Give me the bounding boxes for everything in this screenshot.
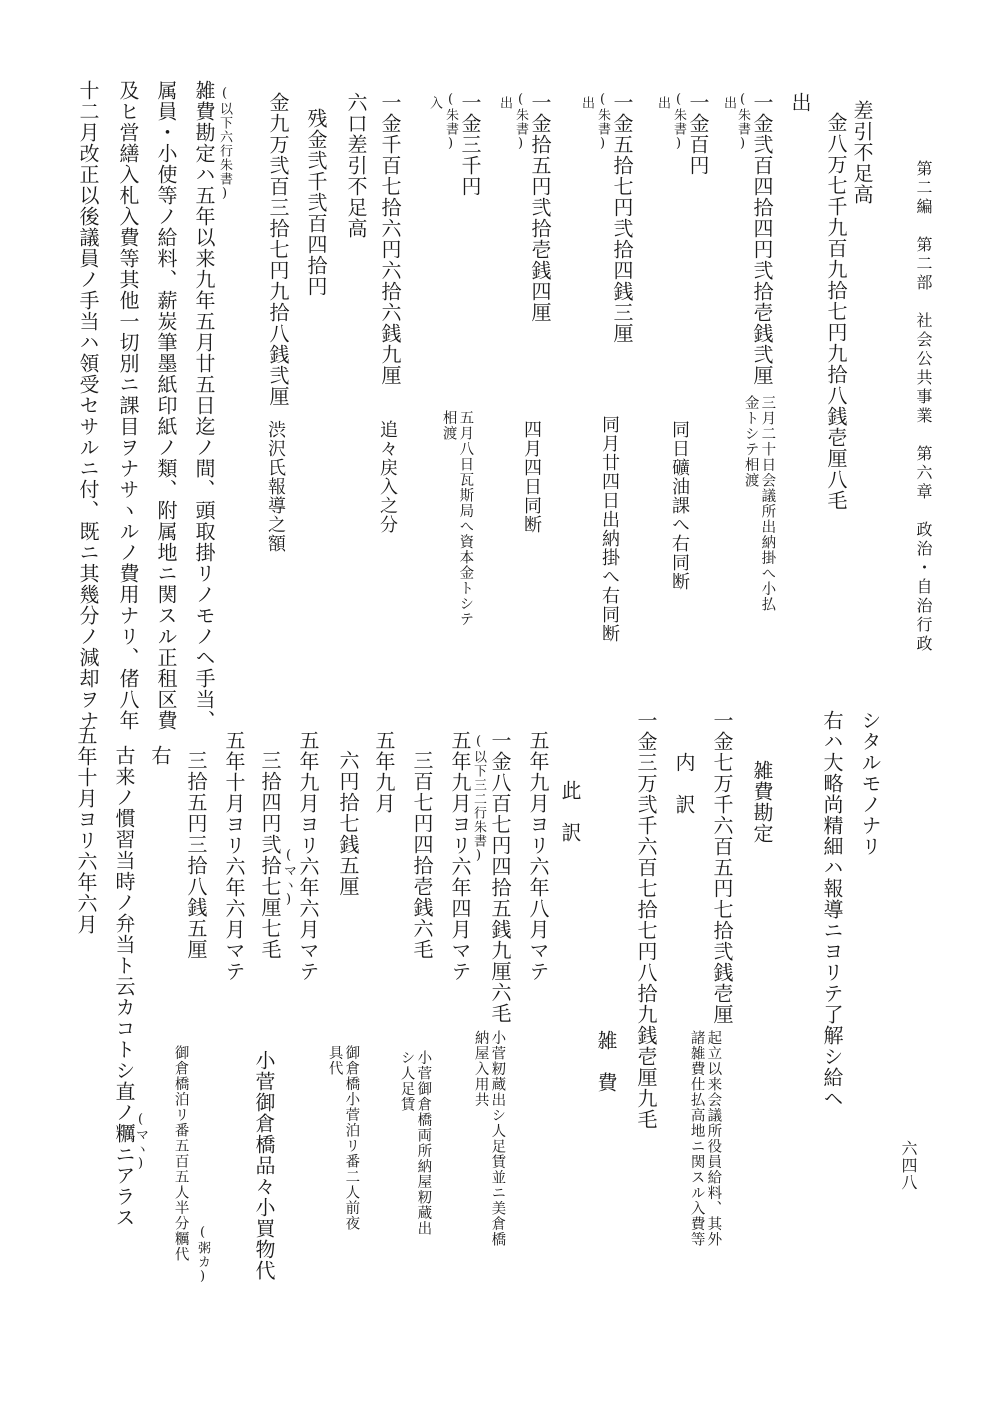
period-1: 五年九月ヨリ六年八月マテ: [528, 730, 548, 982]
item-5-amount: 三拾五円三拾八銭五厘: [186, 750, 206, 960]
red-ink-mark-6-lines: (以下六行朱書): [218, 86, 231, 202]
period-3: 五年九月: [374, 730, 394, 814]
misc-expense-para-line-1: 雑費勘定ハ五年以来九年五月廿五日迄ノ間、頭取掛リノモノヘ手当、: [194, 80, 214, 731]
item-4-sic-mark: (マヽ): [282, 848, 295, 908]
entry-5-red-mark: (朱書): [444, 92, 457, 152]
item-2-note: 小菅御倉橋両所納屋籾蔵出シ人足賃: [398, 1050, 431, 1250]
shibusawa-amount: 金九万弐百三拾七円九拾八銭弐厘: [268, 92, 288, 407]
summary-line: 右ハ大略尚精細ハ報導ニヨリテ了解シ給ヘ: [822, 710, 842, 1109]
custom-note: 古来ノ慣習当時ノ弁当ト云カコトシ直ノ糲ニアラス: [114, 745, 134, 1228]
entry-2-note: 同日礦油課へ右同断: [670, 420, 688, 591]
remaining-balance: 残金弐千弐百四拾円: [306, 108, 326, 297]
six-items-shortfall: 六口差引不足高: [346, 92, 366, 239]
entry-5-note: 五月八日瓦斯局へ資本金トシテ相渡: [440, 410, 473, 640]
shortfall-amount: 金八万七千九百九拾七円九拾八銭壱厘八毛: [826, 112, 846, 511]
period-4: 五年九月ヨリ六年六月マテ: [298, 730, 318, 982]
right-marker: 右: [150, 745, 170, 766]
entry-4-red-mark: (朱書): [514, 92, 527, 152]
outflow-heading: 出: [790, 92, 810, 113]
item-1-note: 小菅籾蔵出シ人足賃並ニ美倉橋納屋入用共: [472, 1030, 505, 1260]
period-5: 五年十月ヨリ六年六月マテ: [224, 730, 244, 982]
item-2-amount: 三百七円四拾壱銭六毛: [412, 750, 432, 960]
entry-6-amount: 一金千百七拾六円六拾六銭九厘: [380, 92, 400, 386]
entry-1-amount: 一金弐百四拾四円弐拾壱銭弐厘: [752, 92, 772, 386]
page-number: 六四八: [900, 1140, 916, 1191]
misc-expense-label: 雑 費: [596, 1030, 616, 1093]
misc-account-heading: 雑費勘定: [752, 760, 772, 844]
entry-6-note: 追々戻入之分: [378, 420, 396, 534]
detail-heading: 此 訳: [560, 780, 580, 843]
custom-note-sic-mark: (マヽ): [134, 1112, 147, 1172]
entry-3-amount: 一金五拾七円弐拾四銭三厘: [612, 92, 632, 344]
entry-1-note: 三月二十日会議所出納掛へ小払金トシテ相渡: [742, 395, 775, 625]
entry-1-red-mark: (朱書): [736, 92, 749, 152]
misc-account-total: 一金七万千六百五円七拾弐銭壱厘: [712, 710, 732, 1025]
item-4-note: 小菅御倉橋品々小買物代: [254, 1050, 274, 1281]
period-2: 五年九月ヨリ六年四月マテ: [450, 730, 470, 982]
entry-5-in-mark: 入: [428, 96, 441, 110]
red-ink-mark-3-lines: (以下三二行朱書): [472, 734, 485, 864]
misc-account-note: 起立以来会議所役員給料、其外諸雑費仕払高地ニ関スル入費等: [688, 1030, 721, 1260]
entry-3-red-mark: (朱書): [596, 92, 609, 152]
entry-5-amount: 一金三千円: [460, 92, 480, 197]
entry-3-out-mark: 出: [580, 96, 593, 110]
misc-expense-para-line-4: 十二月改正以後議員ノ手当ハ領受セサルニ付、既ニ其幾分ノ減却ヲナ: [78, 80, 98, 731]
entry-3-note: 同月廿四日出納掛へ右同断: [600, 415, 618, 643]
entry-2-amount: 一金百円: [688, 92, 708, 176]
misc-expense-para-line-3: 及ヒ営繕入札入費等其他一切別ニ課目ヲナサヽルノ費用ナリ、偖八年: [118, 80, 138, 731]
entry-2-out-mark: 出: [656, 96, 669, 110]
continuation-line: シタルモノナリ: [860, 710, 880, 857]
item-5-correction-mark: (粥カ): [196, 1225, 209, 1285]
item-1-amount: 一金八百七円四拾五銭九厘六毛: [490, 730, 510, 1024]
period-6: 五年十月ヨリ六年六月: [76, 725, 96, 935]
item-3-note: 御倉橋小菅泊リ番二人前夜具代: [326, 1045, 359, 1245]
entry-2-red-mark: (朱書): [672, 92, 685, 152]
entry-4-out-mark: 出: [498, 96, 511, 110]
item-5-note: 御倉橋泊リ番五百五人半分糲代: [172, 1045, 189, 1275]
running-header: 第二編 第二部 社会公共事業 第六章 政治・自治行政: [915, 160, 931, 654]
entry-4-amount: 一金拾五円弐拾壱銭四厘: [530, 92, 550, 323]
misc-expense-para-line-2: 属員・小使等ノ給料、薪炭筆墨紙印紙ノ類、附属地ニ関スル正租区費: [156, 80, 176, 731]
entry-4-note: 四月四日同断: [522, 420, 540, 534]
misc-expense-total: 一金三万弐千六百七拾七円八拾九銭壱厘九毛: [636, 710, 656, 1130]
entry-1-out-mark: 出: [722, 96, 735, 110]
item-3-amount: 六円拾七銭五厘: [338, 750, 358, 897]
shibusawa-note: 渋沢氏報導之額: [266, 420, 284, 553]
breakdown-heading: 内 訳: [674, 752, 694, 815]
shortfall-label: 差引不足高: [852, 100, 872, 205]
item-4-amount: 三拾四円弐拾七厘七毛: [260, 750, 280, 960]
